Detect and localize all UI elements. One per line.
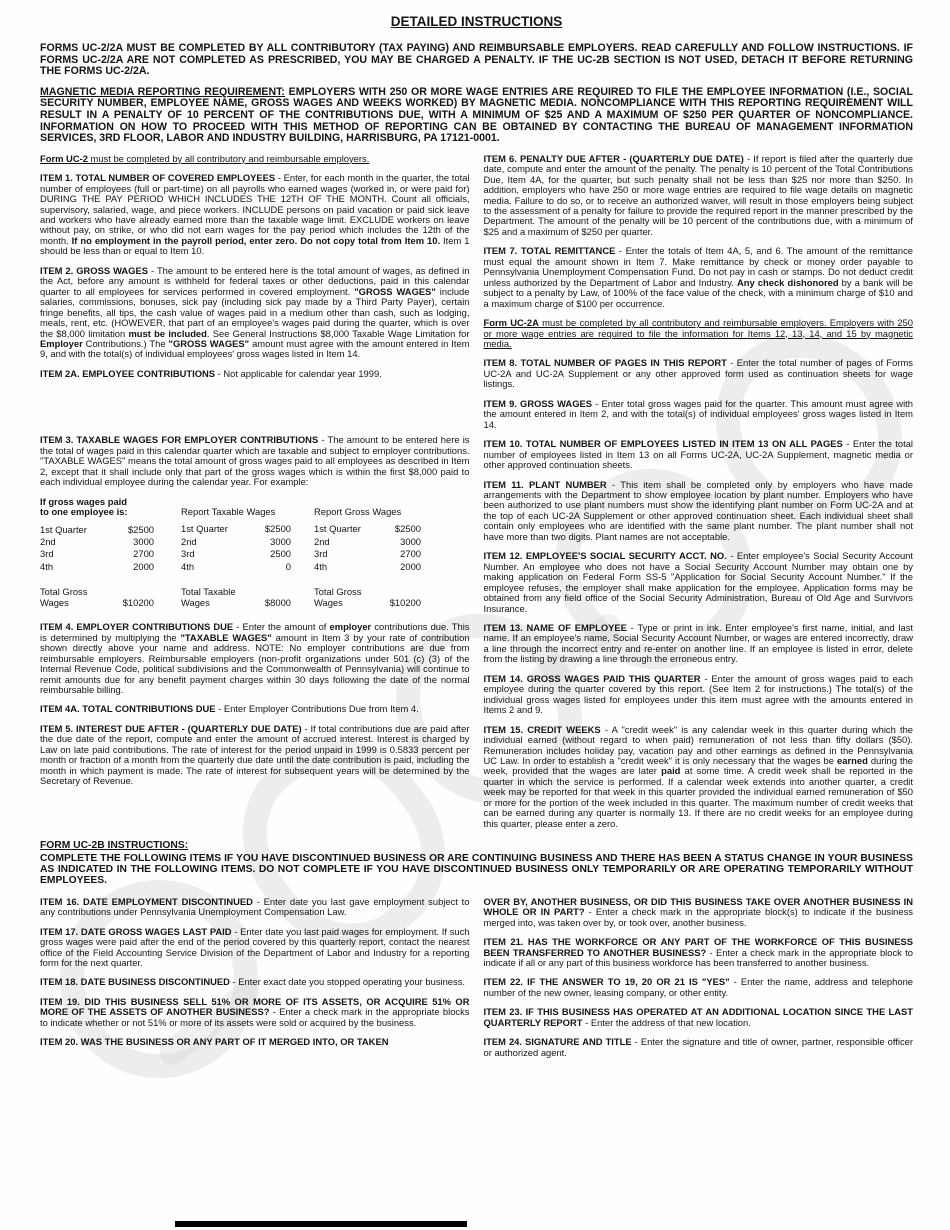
table-row: 1st Quarter$2500 bbox=[40, 525, 154, 535]
table-cell: $2500 bbox=[128, 525, 154, 535]
text-run: - This item shall be completed only by e… bbox=[484, 479, 914, 542]
right-column-1-items: ITEM 6. PENALTY DUE AFTER - (QUARTERLY D… bbox=[484, 154, 914, 829]
text-run: - Not applicable for calendar year 1999. bbox=[215, 368, 382, 379]
intro-paragraph: FORMS UC-2/2A MUST BE COMPLETED BY ALL C… bbox=[40, 43, 913, 78]
table-cell: 1st Quarter bbox=[40, 525, 87, 535]
uc2b-section: FORM UC-2B INSTRUCTIONS: COMPLETE THE FO… bbox=[40, 840, 913, 887]
uc2b-body: COMPLETE THE FOLLOWING ITEMS IF YOU HAVE… bbox=[40, 853, 913, 887]
table-cell: 2nd bbox=[40, 537, 56, 547]
columns-block-2: ITEM 16. DATE EMPLOYMENT DISCONTINUED - … bbox=[40, 897, 913, 1067]
text-run: ITEM 9. GROSS WAGES bbox=[484, 398, 593, 409]
paragraph: Form UC-2A must be completed by all cont… bbox=[484, 318, 914, 349]
text-run: ITEM 10. TOTAL NUMBER OF EMPLOYEES LISTE… bbox=[484, 438, 843, 449]
text-run: MAGNETIC MEDIA REPORTING REQUIREMENT: bbox=[40, 86, 285, 98]
text-run: - Enter Employer Contributions Due from … bbox=[216, 703, 419, 714]
paragraph: ITEM 4A. TOTAL CONTRIBUTIONS DUE - Enter… bbox=[40, 704, 470, 714]
text-run: Contributions.) The bbox=[83, 338, 169, 349]
text-run: must be completed by all contributory an… bbox=[88, 153, 369, 164]
text-run: ITEM 2A. EMPLOYEE CONTRIBUTIONS bbox=[40, 368, 215, 379]
table-row: Wages$10200 bbox=[314, 598, 421, 608]
table-cell: $2500 bbox=[265, 524, 291, 534]
left-column-1: Form UC-2 must be completed by all contr… bbox=[40, 154, 470, 838]
left-column-1-items: Form UC-2 must be completed by all contr… bbox=[40, 154, 470, 488]
table-row: 4th2000 bbox=[40, 562, 154, 572]
example-header-2: Report Taxable Wages bbox=[181, 497, 291, 518]
text-run: ITEM 4. EMPLOYER CONTRIBUTIONS DUE bbox=[40, 621, 233, 632]
table-cell: 3000 bbox=[133, 537, 154, 547]
text-run: "TAXABLE WAGES" bbox=[180, 632, 271, 643]
text-run: ITEM 18. DATE BUSINESS DISCONTINUED bbox=[40, 976, 230, 987]
magnetic-media-paragraph: MAGNETIC MEDIA REPORTING REQUIREMENT: EM… bbox=[40, 87, 913, 145]
page-title: DETAILED INSTRUCTIONS bbox=[40, 14, 913, 29]
example-header-3: Report Gross Wages bbox=[314, 497, 421, 518]
text-run: ITEM 6. PENALTY DUE AFTER - (QUARTERLY D… bbox=[484, 153, 744, 164]
paragraph: ITEM 12. EMPLOYEE'S SOCIAL SECURITY ACCT… bbox=[484, 551, 914, 614]
left-column-2: ITEM 16. DATE EMPLOYMENT DISCONTINUED - … bbox=[40, 897, 470, 1067]
paragraph: ITEM 3. TAXABLE WAGES FOR EMPLOYER CONTR… bbox=[40, 435, 470, 487]
text-run: . See General Instructions $8,000 Taxabl… bbox=[207, 328, 470, 339]
paragraph: ITEM 8. TOTAL NUMBER OF PAGES IN THIS RE… bbox=[484, 358, 914, 389]
text-run: must be included bbox=[128, 328, 206, 339]
paragraph: OVER BY, ANOTHER BUSINESS, OR DID THIS B… bbox=[484, 897, 914, 928]
text-run: must be completed by all contributory an… bbox=[539, 317, 830, 328]
table-cell: 4th bbox=[181, 562, 194, 572]
table-cell: 2000 bbox=[400, 562, 421, 572]
text-run: - Enter exact date you stopped operating… bbox=[230, 976, 465, 987]
table-cell: $10200 bbox=[390, 598, 421, 608]
table-cell: 2500 bbox=[270, 549, 291, 559]
table-cell: 3rd bbox=[314, 549, 328, 559]
text-run: ITEM 13. NAME OF EMPLOYEE bbox=[484, 622, 627, 633]
text-run: - Enter the address of that new location… bbox=[582, 1017, 750, 1028]
table-cell: Wages bbox=[40, 598, 69, 608]
right-column-2-items: OVER BY, ANOTHER BUSINESS, OR DID THIS B… bbox=[484, 897, 914, 1058]
left-column-2-items: ITEM 16. DATE EMPLOYMENT DISCONTINUED - … bbox=[40, 897, 470, 1048]
scan-artifact-bar bbox=[175, 1221, 467, 1227]
text-run: employer bbox=[330, 621, 372, 632]
table-cell: 2nd bbox=[314, 537, 330, 547]
table-row: 2nd3000 bbox=[40, 537, 154, 547]
table-cell: 2nd bbox=[181, 537, 197, 547]
paragraph: ITEM 23. IF THIS BUSINESS HAS OPERATED A… bbox=[484, 1007, 914, 1028]
text-run: - If total contributions due are paid af… bbox=[40, 723, 470, 786]
text-run: If no employment in the payroll period, … bbox=[72, 235, 440, 246]
instructions-page: DETAILED INSTRUCTIONS FORMS UC-2/2A MUST… bbox=[0, 0, 950, 1230]
text-run: ITEM 15. CREDIT WEEKS bbox=[484, 724, 601, 735]
paragraph: ITEM 13. NAME OF EMPLOYEE - Type or prin… bbox=[484, 623, 914, 665]
right-column-1: ITEM 6. PENALTY DUE AFTER - (QUARTERLY D… bbox=[484, 154, 914, 838]
text-run: COMPLETE THE FOLLOWING ITEMS IF YOU HAVE… bbox=[40, 853, 913, 887]
table-cell: 0 bbox=[286, 562, 291, 572]
paragraph: ITEM 14. GROSS WAGES PAID THIS QUARTER -… bbox=[484, 674, 914, 716]
text-run: Employer bbox=[40, 338, 83, 349]
table-cell: 1st Quarter bbox=[314, 524, 361, 534]
table-total: Total Taxable Wages$8000 bbox=[181, 587, 291, 608]
text-run: "GROSS WAGES" bbox=[169, 338, 250, 349]
paragraph: ITEM 22. IF THE ANSWER TO 19, 20 OR 21 I… bbox=[484, 977, 914, 998]
text-run: ITEM 22. IF THE ANSWER TO 19, 20 OR 21 I… bbox=[484, 976, 730, 987]
table-cell: Report Gross Wages bbox=[314, 506, 401, 517]
table-row: 3rd2500 bbox=[181, 549, 291, 559]
paragraph: ITEM 24. SIGNATURE AND TITLE - Enter the… bbox=[484, 1037, 914, 1058]
paragraph: ITEM 21. HAS THE WORKFORCE OR ANY PART O… bbox=[484, 937, 914, 968]
text-run: ITEM 17. DATE GROSS WAGES LAST PAID bbox=[40, 926, 232, 937]
table-row: 2nd3000 bbox=[314, 537, 421, 547]
table-cell: $2500 bbox=[395, 524, 421, 534]
text-run: amount in Item 3 by your rate of contrib… bbox=[40, 632, 470, 695]
text-run: ITEM 20. WAS THE BUSINESS OR ANY PART OF… bbox=[40, 1036, 388, 1047]
paragraph: ITEM 17. DATE GROSS WAGES LAST PAID - En… bbox=[40, 927, 470, 969]
paragraph: ITEM 4. EMPLOYER CONTRIBUTIONS DUE - Ent… bbox=[40, 622, 470, 695]
table-total: Total Gross Wages$10200 bbox=[40, 587, 154, 608]
text-run: - Enter employee's Social Security Accou… bbox=[484, 550, 914, 613]
table-cell: 2000 bbox=[133, 562, 154, 572]
table-total: Total Gross Wages$10200 bbox=[314, 587, 421, 608]
text-run: Form UC-2A bbox=[484, 317, 539, 328]
paragraph: ITEM 9. GROSS WAGES - Enter total gross … bbox=[484, 399, 914, 430]
table-cell: 4th bbox=[40, 562, 53, 572]
table-row: 1st Quarter$2500 bbox=[314, 524, 421, 534]
table-cell: 2700 bbox=[400, 549, 421, 559]
right-column-2: OVER BY, ANOTHER BUSINESS, OR DID THIS B… bbox=[484, 897, 914, 1067]
example-group-wages-paid: If gross wages paid to one employee is: … bbox=[40, 497, 154, 611]
paragraph: ITEM 15. CREDIT WEEKS - A "credit week" … bbox=[484, 725, 914, 830]
text-run: FORMS UC-2/2A MUST BE COMPLETED BY ALL C… bbox=[40, 42, 913, 77]
text-run: - Enter the amount of bbox=[233, 621, 329, 632]
text-run: ITEM 16. DATE EMPLOYMENT DISCONTINUED bbox=[40, 896, 253, 907]
text-run: - If report is filed after the quarterly… bbox=[484, 153, 914, 237]
paragraph: ITEM 20. WAS THE BUSINESS OR ANY PART OF… bbox=[40, 1037, 470, 1047]
paragraph: ITEM 7. TOTAL REMITTANCE - Enter the tot… bbox=[484, 246, 914, 309]
paragraph: ITEM 19. DID THIS BUSINESS SELL 51% OR M… bbox=[40, 997, 470, 1028]
left-column-1-items-after-table: ITEM 4. EMPLOYER CONTRIBUTIONS DUE - Ent… bbox=[40, 622, 470, 786]
table-row: 3rd2700 bbox=[40, 549, 154, 559]
paragraph: ITEM 2A. EMPLOYEE CONTRIBUTIONS - Not ap… bbox=[40, 369, 470, 379]
paragraph: ITEM 11. PLANT NUMBER - This item shall … bbox=[484, 480, 914, 543]
example-group-taxable-wages: Report Taxable Wages 1st Quarter$2500 2n… bbox=[181, 497, 291, 611]
text-run: ITEM 12. EMPLOYEE'S SOCIAL SECURITY ACCT… bbox=[484, 550, 727, 561]
text-run: at some time. A credit week shall be rep… bbox=[484, 765, 914, 828]
paragraph: ITEM 10. TOTAL NUMBER OF EMPLOYEES LISTE… bbox=[484, 439, 914, 470]
table-row: 3rd2700 bbox=[314, 549, 421, 559]
paragraph: ITEM 6. PENALTY DUE AFTER - (QUARTERLY D… bbox=[484, 154, 914, 238]
table-cell: 4th bbox=[314, 562, 327, 572]
text-run: ITEM 3. TAXABLE WAGES FOR EMPLOYER CONTR… bbox=[40, 434, 318, 445]
columns-block-1: Form UC-2 must be completed by all contr… bbox=[40, 154, 913, 838]
text-run: ITEM 5. INTEREST DUE AFTER - (QUARTERLY … bbox=[40, 723, 302, 734]
text-run: ITEM 11. PLANT NUMBER bbox=[484, 479, 607, 490]
text-run: "GROSS WAGES" bbox=[354, 286, 436, 297]
paragraph: ITEM 18. DATE BUSINESS DISCONTINUED - En… bbox=[40, 977, 470, 987]
paragraph: Form UC-2 must be completed by all contr… bbox=[40, 154, 470, 164]
text-run: ITEM 4A. TOTAL CONTRIBUTIONS DUE bbox=[40, 703, 216, 714]
paragraph: ITEM 2. GROSS WAGES - The amount to be e… bbox=[40, 266, 470, 360]
text-run: Form UC-2 bbox=[40, 153, 88, 164]
text-run: Any check dishonored bbox=[737, 277, 839, 288]
text-run: ITEM 7. TOTAL REMITTANCE bbox=[484, 245, 616, 256]
table-cell: $10200 bbox=[123, 598, 154, 608]
table-row: 4th2000 bbox=[314, 562, 421, 572]
text-run: ITEM 2. GROSS WAGES bbox=[40, 265, 148, 276]
table-cell: Report Taxable Wages bbox=[181, 506, 275, 517]
table-cell: 3000 bbox=[400, 537, 421, 547]
table-cell: 2700 bbox=[133, 549, 154, 559]
table-row: Wages$8000 bbox=[181, 598, 291, 608]
text-run: ITEM 1. TOTAL NUMBER OF COVERED EMPLOYEE… bbox=[40, 172, 275, 183]
paragraph: ITEM 1. TOTAL NUMBER OF COVERED EMPLOYEE… bbox=[40, 173, 470, 257]
paragraph: ITEM 16. DATE EMPLOYMENT DISCONTINUED - … bbox=[40, 897, 470, 918]
table-cell: If gross wages paid bbox=[40, 496, 127, 507]
paragraph: ITEM 5. INTEREST DUE AFTER - (QUARTERLY … bbox=[40, 724, 470, 787]
page-content: DETAILED INSTRUCTIONS FORMS UC-2/2A MUST… bbox=[0, 0, 950, 1067]
page-title-text: DETAILED INSTRUCTIONS bbox=[391, 14, 563, 29]
text-run: ITEM 8. TOTAL NUMBER OF PAGES IN THIS RE… bbox=[484, 357, 727, 368]
table-cell: 1st Quarter bbox=[181, 524, 228, 534]
table-cell: Wages bbox=[181, 598, 210, 608]
table-row: Wages$10200 bbox=[40, 598, 154, 608]
uc2b-heading: FORM UC-2B INSTRUCTIONS: bbox=[40, 840, 913, 851]
text-run: ITEM 24. SIGNATURE AND TITLE bbox=[484, 1036, 632, 1047]
table-cell: 3rd bbox=[181, 549, 195, 559]
table-row: 1st Quarter$2500 bbox=[181, 524, 291, 534]
table-row: 2nd3000 bbox=[181, 537, 291, 547]
text-run: ITEM 14. GROSS WAGES PAID THIS QUARTER bbox=[484, 673, 701, 684]
example-header-1: If gross wages paid to one employee is: bbox=[40, 497, 154, 518]
table-cell: to one employee is: bbox=[40, 506, 128, 517]
table-cell: Wages bbox=[314, 598, 343, 608]
wage-example-table: If gross wages paid to one employee is: … bbox=[40, 497, 470, 611]
table-row: 4th0 bbox=[181, 562, 291, 572]
example-group-gross-wages: Report Gross Wages 1st Quarter$2500 2nd3… bbox=[314, 497, 421, 611]
table-cell: 3000 bbox=[270, 537, 291, 547]
table-cell: 3rd bbox=[40, 549, 54, 559]
table-cell: $8000 bbox=[265, 598, 291, 608]
text-run: paid bbox=[661, 765, 680, 776]
text-run: earned bbox=[837, 755, 868, 766]
